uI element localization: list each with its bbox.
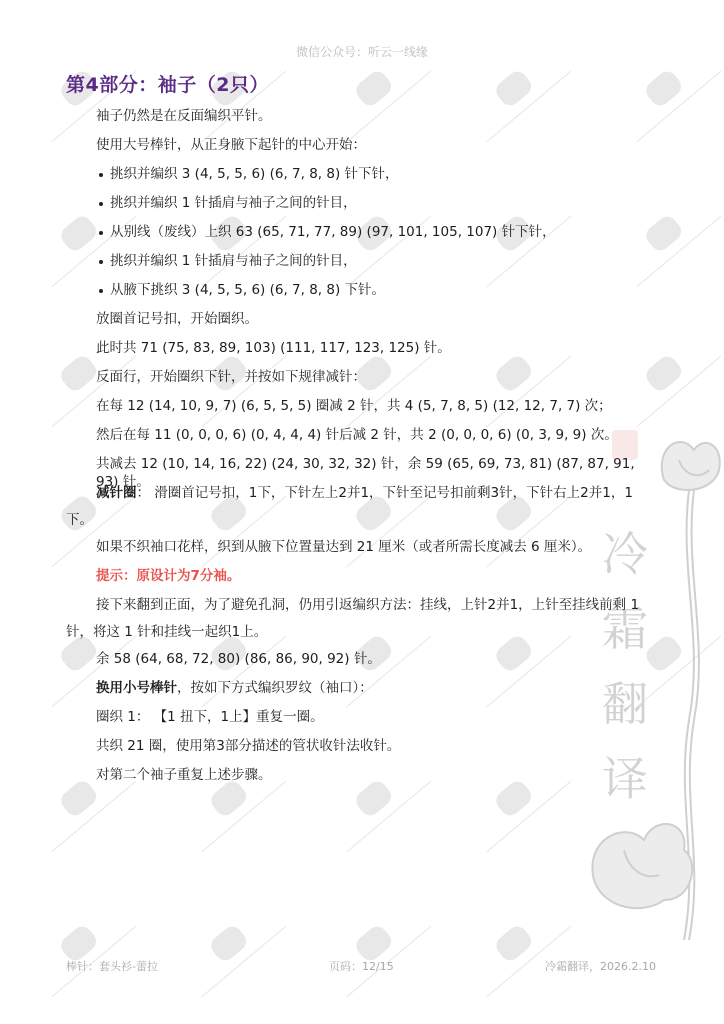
document-page: 冷 霜 翻 译 微信公众号：听云一线缘 第4部分：袖子（2只） 袖子仍然是在反面… — [0, 0, 724, 1024]
paragraph: 如果不织袖口花样，织到从腋下位置量达到 21 厘米（或者所需长度减去 6 厘米）… — [66, 538, 656, 567]
paragraph: 使用大号棒针，从正身腋下起针的中心开始： — [66, 136, 656, 165]
paragraph: 在每 12 (14, 10, 9, 7) (6, 5, 5, 5) 圈减 2 针… — [66, 397, 656, 426]
switch-needles-paragraph: 换用小号棒针，按如下方式编织罗纹（袖口）： — [66, 679, 656, 708]
paragraph: 余 58 (64, 68, 72, 80) (86, 86, 90, 92) 针… — [66, 650, 656, 679]
paragraph: 然后在每 11 (0, 0, 0, 6) (0, 4, 4, 4) 针后减 2 … — [66, 426, 656, 455]
bullet-item: 挑织并编织 3 (4, 5, 5, 6) (6, 7, 8, 8) 针下针， — [66, 165, 656, 194]
paragraph: 圈织 1： 【1 扭下，1上】重复一圈。 — [66, 708, 656, 737]
paragraph: 反面行，开始圈织下针，并按如下规律减针： — [66, 368, 656, 397]
decrease-round-paragraph: 减针圈： 滑圈首记号扣，1下，下针左上2并1，下针至记号扣前剩3针，下针右上2并… — [66, 480, 656, 534]
footer-pattern-name: 棒针：套头衫-蕾拉 — [66, 958, 158, 974]
paragraph: 袖子仍然是在反面编织平针。 — [66, 107, 656, 136]
bullet-item: 从别线（废线）上织 63 (65, 71, 77, 89) (97, 101, … — [66, 223, 656, 252]
section-title: 第4部分：袖子（2只） — [66, 70, 656, 97]
watermark-logo-icon — [181, 896, 280, 995]
paragraph: 接下来翻到正面，为了避免孔洞，仍用引返编织方法：挂线，上针2并1，上针至挂线前剩… — [66, 592, 656, 646]
switch-needles-text: ，按如下方式编织罗纹（袖口）： — [177, 680, 373, 696]
watermark-logo-icon — [326, 896, 425, 995]
paragraph: 此时共 71 (75, 83, 89, 103) (111, 117, 123,… — [66, 339, 656, 368]
bullet-item: 挑织并编织 1 针插肩与袖子之间的针目， — [66, 194, 656, 223]
footer-translator-date: 冷霜翻译，2026.2.10 — [545, 958, 656, 974]
paragraph: 对第二个袖子重复上述步骤。 — [66, 766, 656, 795]
paragraph: 放圈首记号扣，开始圈织。 — [66, 310, 656, 339]
decrease-round-label: 减针圈 — [96, 485, 137, 501]
footer-page-number: 页码：12/15 — [329, 958, 394, 974]
header-watermark-text: 微信公众号：听云一线缘 — [0, 43, 724, 60]
bullet-item: 挑织并编织 1 针插肩与袖子之间的针目， — [66, 252, 656, 281]
paragraph: 共织 21 圈，使用第3部分描述的管状收针法收针。 — [66, 737, 656, 766]
switch-needles-label: 换用小号棒针 — [96, 680, 177, 696]
page-footer: 棒针：套头衫-蕾拉 页码：12/15 冷霜翻译，2026.2.10 — [66, 958, 656, 974]
watermark-logo-icon — [31, 896, 130, 995]
watermark-logo-icon — [466, 896, 565, 995]
bullet-item: 从腋下挑织 3 (4, 5, 5, 6) (6, 7, 8, 8) 下针。 — [66, 281, 656, 310]
decrease-round-text: ： 滑圈首记号扣，1下，下针左上2并1，下针至记号扣前剩3针，下针右上2并1，1… — [66, 485, 633, 528]
document-content: 第4部分：袖子（2只） 袖子仍然是在反面编织平针。 使用大号棒针，从正身腋下起针… — [66, 70, 656, 795]
